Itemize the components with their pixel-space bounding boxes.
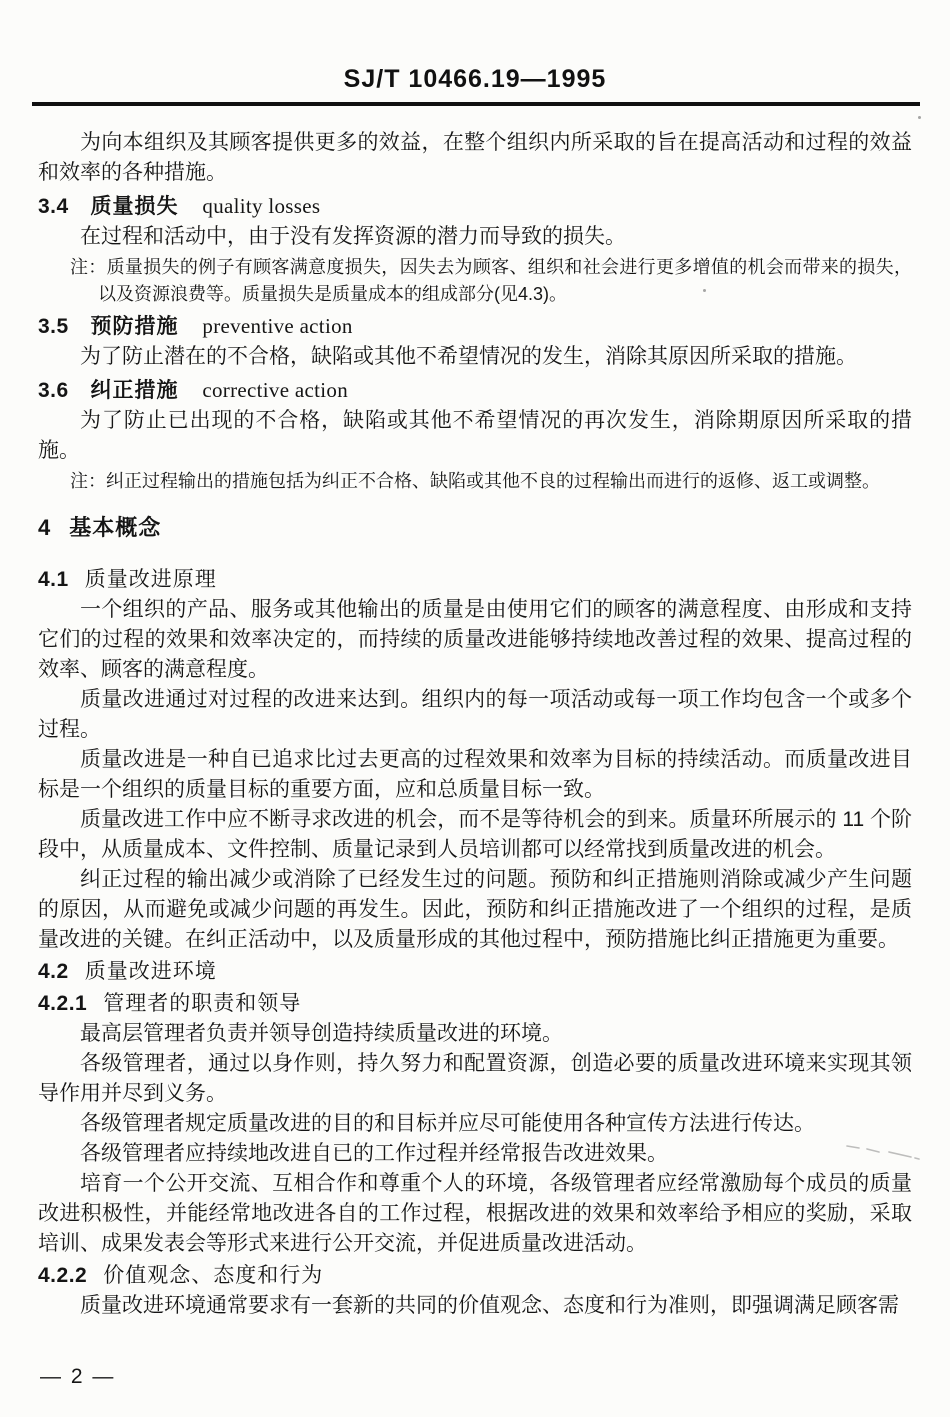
chapter-number: 4 (38, 515, 51, 540)
chapter-title: 基本概念 (69, 515, 161, 540)
paragraph: 质量改进是一种自已追求比过去更高的过程效果和效率为目标的持续活动。而质量改进目标… (38, 745, 912, 805)
paragraph: 质量改进通过对过程的改进来达到。组织内的每一项活动或每一项工作均包含一个或多个过… (38, 685, 912, 745)
section-title: 质量改进环境 (85, 960, 217, 983)
term-name-en: quality losses (202, 194, 320, 218)
scan-speckle (703, 289, 706, 292)
section-number: 4.2.1 (38, 992, 87, 1015)
section-heading-4-2-2: 4.2.2价值观念、态度和行为 (38, 1261, 912, 1291)
paragraph: 最高层管理者负责并领导创造持续质量改进的环境。 (38, 1019, 912, 1049)
paragraph: 质量改进工作中应不断寻求改进的机会，而不是等待机会的到来。质量环所展示的 11 … (38, 805, 912, 865)
paragraph: 各级管理者规定质量改进的目的和目标并应尽可能使用各种宣传方法进行传达。 (38, 1109, 912, 1139)
term-heading-3-5: 3.5 预防措施 preventive action (38, 311, 912, 342)
term-definition: 为了防止潜在的不合格，缺陷或其他不希望情况的发生，消除其原因所采取的措施。 (38, 342, 912, 372)
paragraph: 纠正过程的输出减少或消除了已经发生过的问题。预防和纠正措施则消除或减少产生问题的… (38, 865, 912, 955)
page-number-footer: — 2 — (40, 1365, 115, 1389)
term-name-en: corrective action (202, 378, 348, 402)
section-title: 价值观念、态度和行为 (103, 1264, 323, 1287)
term-note: 注：质量损失的例子有顾客满意度损失，因失去为顾客、组织和社会进行更多增值的机会而… (38, 254, 912, 308)
term-name-zh: 质量损失 (91, 195, 179, 218)
term-name-zh: 纠正措施 (91, 379, 179, 402)
term-heading-3-6: 3.6 纠正措施 corrective action (38, 375, 912, 406)
document-body: 为向本组织及其顾客提供更多的效益，在整个组织内所采取的旨在提高活动和过程的效益和… (0, 106, 950, 1321)
clause-number: 3.5 (38, 315, 69, 338)
document-page: SJ/T 10466.19—1995 为向本组织及其顾客提供更多的效益，在整个组… (0, 0, 950, 1417)
paragraph: 各级管理者，通过以身作则，持久努力和配置资源，创造必要的质量改进环境来实现其领导… (38, 1049, 912, 1109)
section-heading-4-2: 4.2质量改进环境 (38, 957, 912, 987)
paragraph: 培育一个公开交流、互相合作和尊重个人的环境，各级管理者应经常激励每个成员的质量改… (38, 1169, 912, 1259)
paragraph: 一个组织的产品、服务或其他输出的质量是由使用它们的顾客的满意程度、由形成和支持它… (38, 595, 912, 685)
standard-code-header: SJ/T 10466.19—1995 (0, 0, 950, 94)
term-heading-3-4: 3.4 质量损失 quality losses (38, 191, 912, 222)
term-definition: 在过程和活动中，由于没有发挥资源的潜力而导致的损失。 (38, 222, 912, 252)
clause-number: 3.4 (38, 195, 69, 218)
paragraph: 各级管理者应持续地改进自已的工作过程并经常报告改进效果。 (38, 1139, 912, 1169)
term-name-zh: 预防措施 (91, 315, 179, 338)
clause-number: 3.6 (38, 379, 69, 402)
section-heading-4-1: 4.1质量改进原理 (38, 565, 912, 595)
scan-speckle (918, 116, 921, 119)
section-title: 管理者的职责和领导 (103, 992, 301, 1015)
term-name-en: preventive action (202, 314, 352, 338)
section-number: 4.2.2 (38, 1264, 87, 1287)
chapter-heading-4: 4基本概念 (38, 513, 912, 543)
section-title: 质量改进原理 (85, 568, 217, 591)
term-definition: 为了防止已出现的不合格，缺陷或其他不希望情况的再次发生，消除期原因所采取的措施。 (38, 406, 912, 466)
section-heading-4-2-1: 4.2.1管理者的职责和领导 (38, 989, 912, 1019)
section-number: 4.1 (38, 568, 69, 591)
term-note: 注：纠正过程输出的措施包括为纠正不合格、缺陷或其他不良的过程输出而进行的返修、返… (38, 468, 912, 495)
scan-scratch-mark (845, 1140, 923, 1162)
paragraph: 质量改进环境通常要求有一套新的共同的价值观念、态度和行为准则，即强调满足顾客需 (38, 1291, 912, 1321)
section-number: 4.2 (38, 960, 69, 983)
intro-paragraph: 为向本组织及其顾客提供更多的效益，在整个组织内所采取的旨在提高活动和过程的效益和… (38, 128, 912, 188)
